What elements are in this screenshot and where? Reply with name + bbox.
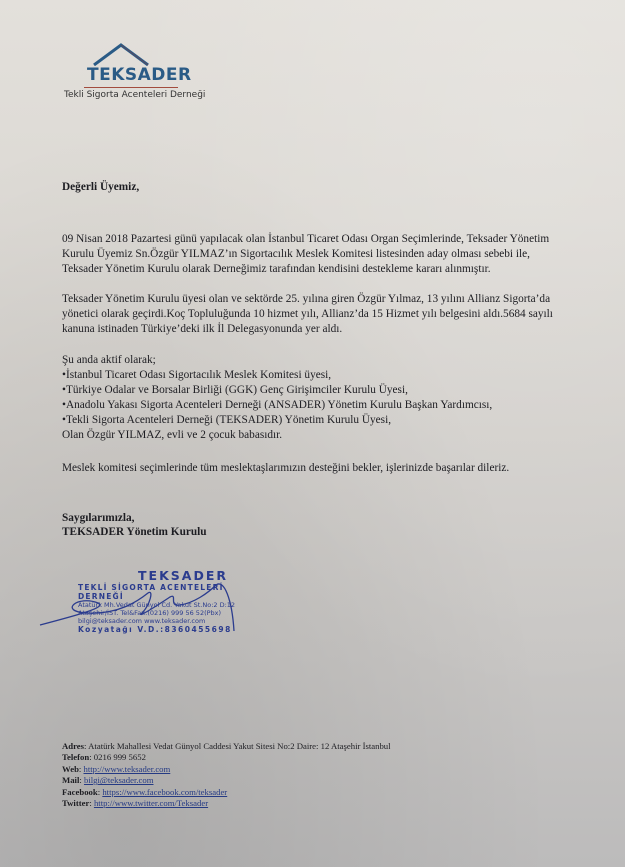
- web-label: Web: [62, 764, 79, 774]
- signature: [38, 575, 248, 635]
- paragraph-2-line: yönetici olarak geçirdi.Koç Topluluğunda…: [62, 307, 553, 322]
- paragraph-1-line: Kurulu Üyemiz Sn.Özgür YILMAZ’ın Sigorta…: [62, 247, 530, 262]
- paragraph-1-line: Teksader Yönetim Kurulu olarak Derneğimi…: [62, 262, 491, 277]
- brand-name: TEKSADER: [87, 65, 192, 85]
- twitter-link[interactable]: http://www.twitter.com/Teksader: [94, 798, 208, 808]
- roof-icon: [86, 42, 156, 66]
- list-item: •Tekli Sigorta Acenteleri Derneği (TEKSA…: [62, 413, 391, 428]
- address-value: Atatürk Mahallesi Vedat Günyol Caddesi Y…: [88, 741, 390, 751]
- mail-label: Mail: [62, 775, 79, 785]
- footer-web: Web: http://www.teksader.com: [62, 764, 391, 775]
- footer-facebook: Facebook: https://www.facebook.com/teksa…: [62, 787, 391, 798]
- paragraph-2-line: kanuna istinaden Türkiye’deki ilk İl Del…: [62, 322, 342, 337]
- salutation: Değerli Üyemiz,: [62, 180, 139, 195]
- mail-link[interactable]: bilgi@teksader.com: [84, 775, 154, 785]
- signatory: TEKSADER Yönetim Kurulu: [62, 525, 207, 540]
- contact-footer: Adres: Atatürk Mahallesi Vedat Günyol Ca…: [62, 741, 391, 809]
- sign-off: Saygılarımızla,: [62, 511, 134, 526]
- list-intro: Şu anda aktif olarak;: [62, 353, 156, 368]
- footer-twitter: Twitter: http://www.twitter.com/Teksader: [62, 798, 391, 809]
- footer-address: Adres: Atatürk Mahallesi Vedat Günyol Ca…: [62, 741, 391, 752]
- facebook-label: Facebook: [62, 787, 98, 797]
- phone-label: Telefon: [62, 752, 89, 762]
- list-outro: Olan Özgür YILMAZ, evli ve 2 çocuk babas…: [62, 428, 282, 443]
- list-item: •Anadolu Yakası Sigorta Acenteleri Derne…: [62, 398, 492, 413]
- web-link[interactable]: http://www.teksader.com: [84, 764, 171, 774]
- paragraph-1-line: 09 Nisan 2018 Pazartesi günü yapılacak o…: [62, 232, 549, 247]
- footer-phone: Telefon: 0216 999 5652: [62, 752, 391, 763]
- list-item: •Türkiye Odalar ve Borsalar Birliği (GGK…: [62, 383, 408, 398]
- address-label: Adres: [62, 741, 84, 751]
- closing-paragraph: Meslek komitesi seçimlerinde tüm meslekt…: [62, 461, 509, 476]
- paragraph-2-line: Teksader Yönetim Kurulu üyesi olan ve se…: [62, 292, 550, 307]
- brand-rule: [84, 87, 178, 88]
- facebook-link[interactable]: https://www.facebook.com/teksader: [102, 787, 227, 797]
- twitter-label: Twitter: [62, 798, 89, 808]
- phone-value: 0216 999 5652: [94, 752, 146, 762]
- footer-mail: Mail: bilgi@teksader.com: [62, 775, 391, 786]
- list-item: •İstanbul Ticaret Odası Sigortacılık Mes…: [62, 368, 331, 383]
- brand-subtitle: Tekli Sigorta Acenteleri Derneği: [64, 90, 205, 100]
